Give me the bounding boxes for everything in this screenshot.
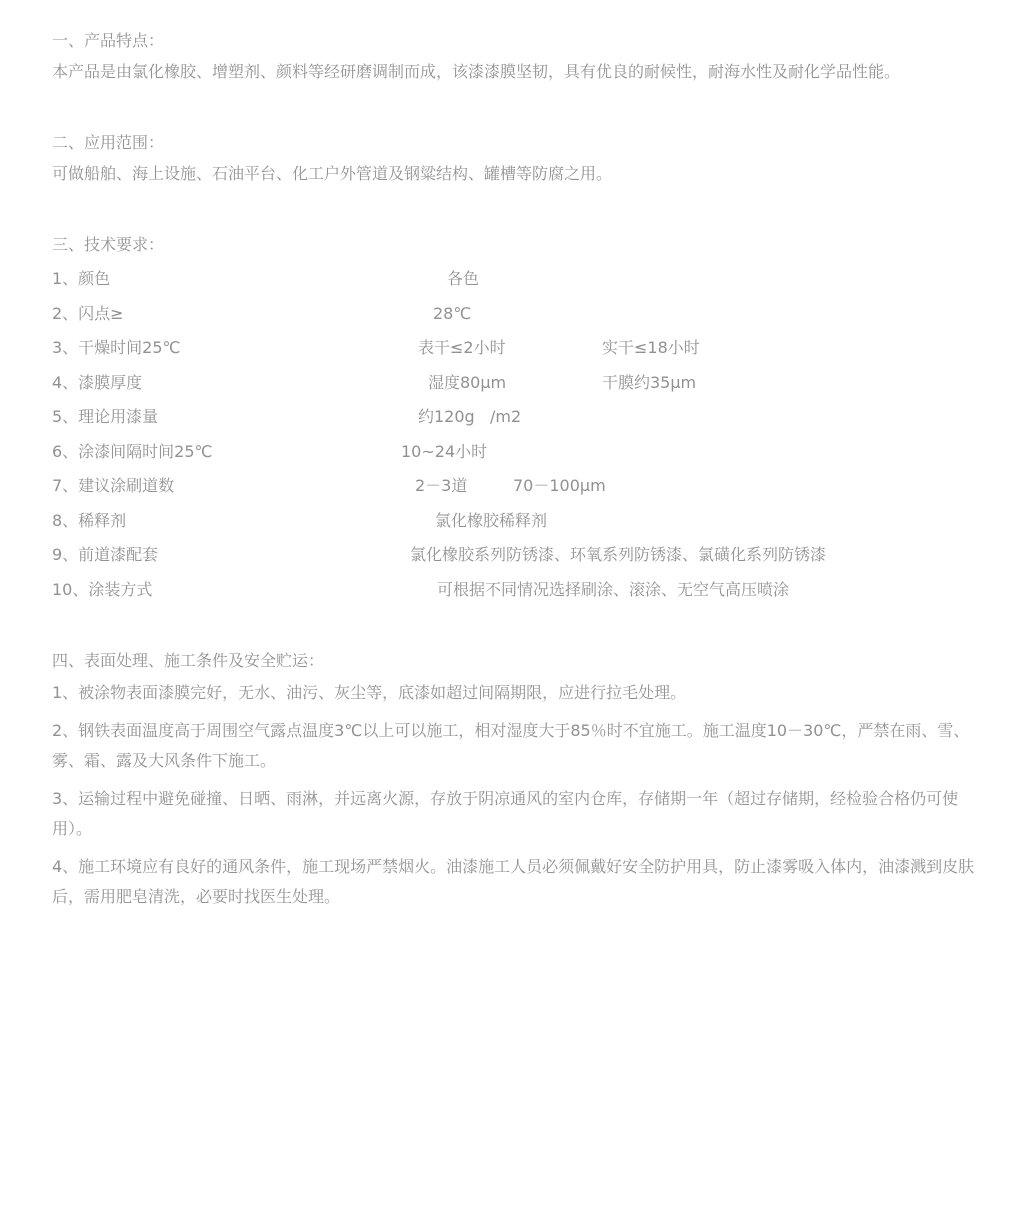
spec-value: 2－3道	[415, 475, 467, 497]
spec-label: 3、干燥时间25℃	[52, 337, 181, 359]
spec-label: 5、理论用漆量	[52, 406, 158, 428]
spec-value-2: 干膜约35μm	[602, 372, 696, 394]
spec-row-flash-point: 2、闪点≥ 28℃	[52, 303, 984, 338]
spec-value: 各色	[447, 268, 479, 290]
spec-row-thinner: 8、稀释剂 氯化橡胶稀释剂	[52, 510, 984, 545]
safety-paragraphs: 1、被涂物表面漆膜完好，无水、油污、灰尘等，底漆如超过间隔期限，应进行拉毛处理。…	[52, 678, 984, 912]
spec-value: 可根据不同情况选择刷涂、滚涂、无空气高压喷涂	[437, 579, 789, 601]
spec-value: 湿度80μm	[428, 372, 506, 394]
technical-title: 三、技术要求：	[52, 234, 984, 256]
spec-label: 6、涂漆间隔时间25℃	[52, 441, 213, 463]
spec-label: 7、建议涂刷道数	[52, 475, 174, 497]
spec-value: 10~24小时	[401, 441, 487, 463]
spec-value-2: /m2	[490, 406, 521, 428]
safety-paragraph-3: 3、运输过程中避免碰撞、日晒、雨淋，并远离火源，存放于阴凉通风的室内仓库，存储期…	[52, 784, 984, 844]
spec-value-2: 实干≤18小时	[602, 337, 700, 359]
spec-value: 28℃	[433, 303, 471, 325]
spec-row-coat-count: 7、建议涂刷道数 2－3道 70－100μm	[52, 475, 984, 510]
spec-label: 10、涂装方式	[52, 579, 152, 601]
spec-label: 4、漆膜厚度	[52, 372, 142, 394]
spec-value: 氯化橡胶系列防锈漆、环氧系列防锈漆、氯磺化系列防锈漆	[410, 544, 826, 566]
spec-row-recoat-interval: 6、涂漆间隔时间25℃ 10~24小时	[52, 441, 984, 476]
technical-spec-list: 1、颜色 各色 2、闪点≥ 28℃ 3、干燥时间25℃ 表干≤2小时 实干≤18…	[52, 268, 984, 613]
applications-body: 可做船舶、海上设施、石油平台、化工户外管道及钢粱结构、罐槽等防腐之用。	[52, 163, 984, 185]
spec-row-application-method: 10、涂装方式 可根据不同情况选择刷涂、滚涂、无空气高压喷涂	[52, 579, 984, 614]
section-technical: 三、技术要求： 1、颜色 各色 2、闪点≥ 28℃ 3、干燥时间25℃ 表干≤2…	[52, 234, 984, 613]
spec-label: 8、稀释剂	[52, 510, 126, 532]
section-safety: 四、表面处理、施工条件及安全贮运： 1、被涂物表面漆膜完好，无水、油污、灰尘等，…	[52, 650, 984, 912]
applications-title: 二、应用范围：	[52, 132, 984, 154]
spec-row-theoretical-usage: 5、理论用漆量 约120g /m2	[52, 406, 984, 441]
section-applications: 二、应用范围： 可做船舶、海上设施、石油平台、化工户外管道及钢粱结构、罐槽等防腐…	[52, 132, 984, 185]
safety-title: 四、表面处理、施工条件及安全贮运：	[52, 650, 984, 672]
spec-label: 2、闪点≥	[52, 303, 124, 325]
spec-value: 表干≤2小时	[418, 337, 506, 359]
spec-value: 约120g	[418, 406, 475, 428]
spec-row-drying-time: 3、干燥时间25℃ 表干≤2小时 实干≤18小时	[52, 337, 984, 372]
safety-paragraph-2: 2、钢铁表面温度高于周围空气露点温度3℃以上可以施工，相对湿度大于85％时不宜施…	[52, 716, 984, 776]
spec-value: 氯化橡胶稀释剂	[435, 510, 547, 532]
spec-label: 1、颜色	[52, 268, 110, 290]
features-title: 一、产品特点：	[52, 30, 984, 52]
features-body: 本产品是由氯化橡胶、增塑剂、颜料等经研磨调制而成，该漆漆膜坚韧，具有优良的耐候性…	[52, 61, 984, 83]
safety-paragraph-4: 4、施工环境应有良好的通风条件，施工现场严禁烟火。油漆施工人员必须佩戴好安全防护…	[52, 852, 984, 912]
document-content: 一、产品特点： 本产品是由氯化橡胶、增塑剂、颜料等经研磨调制而成，该漆漆膜坚韧，…	[52, 30, 984, 912]
safety-paragraph-1: 1、被涂物表面漆膜完好，无水、油污、灰尘等，底漆如超过间隔期限，应进行拉毛处理。	[52, 678, 984, 708]
section-features: 一、产品特点： 本产品是由氯化橡胶、增塑剂、颜料等经研磨调制而成，该漆漆膜坚韧，…	[52, 30, 984, 83]
spec-label: 9、前道漆配套	[52, 544, 158, 566]
document-page: 一、产品特点： 本产品是由氯化橡胶、增塑剂、颜料等经研磨调制而成，该漆漆膜坚韧，…	[0, 0, 1024, 912]
spec-row-primer-match: 9、前道漆配套 氯化橡胶系列防锈漆、环氧系列防锈漆、氯磺化系列防锈漆	[52, 544, 984, 579]
spec-row-film-thickness: 4、漆膜厚度 湿度80μm 干膜约35μm	[52, 372, 984, 407]
spec-value-2: 70－100μm	[513, 475, 606, 497]
spec-row-color: 1、颜色 各色	[52, 268, 984, 303]
